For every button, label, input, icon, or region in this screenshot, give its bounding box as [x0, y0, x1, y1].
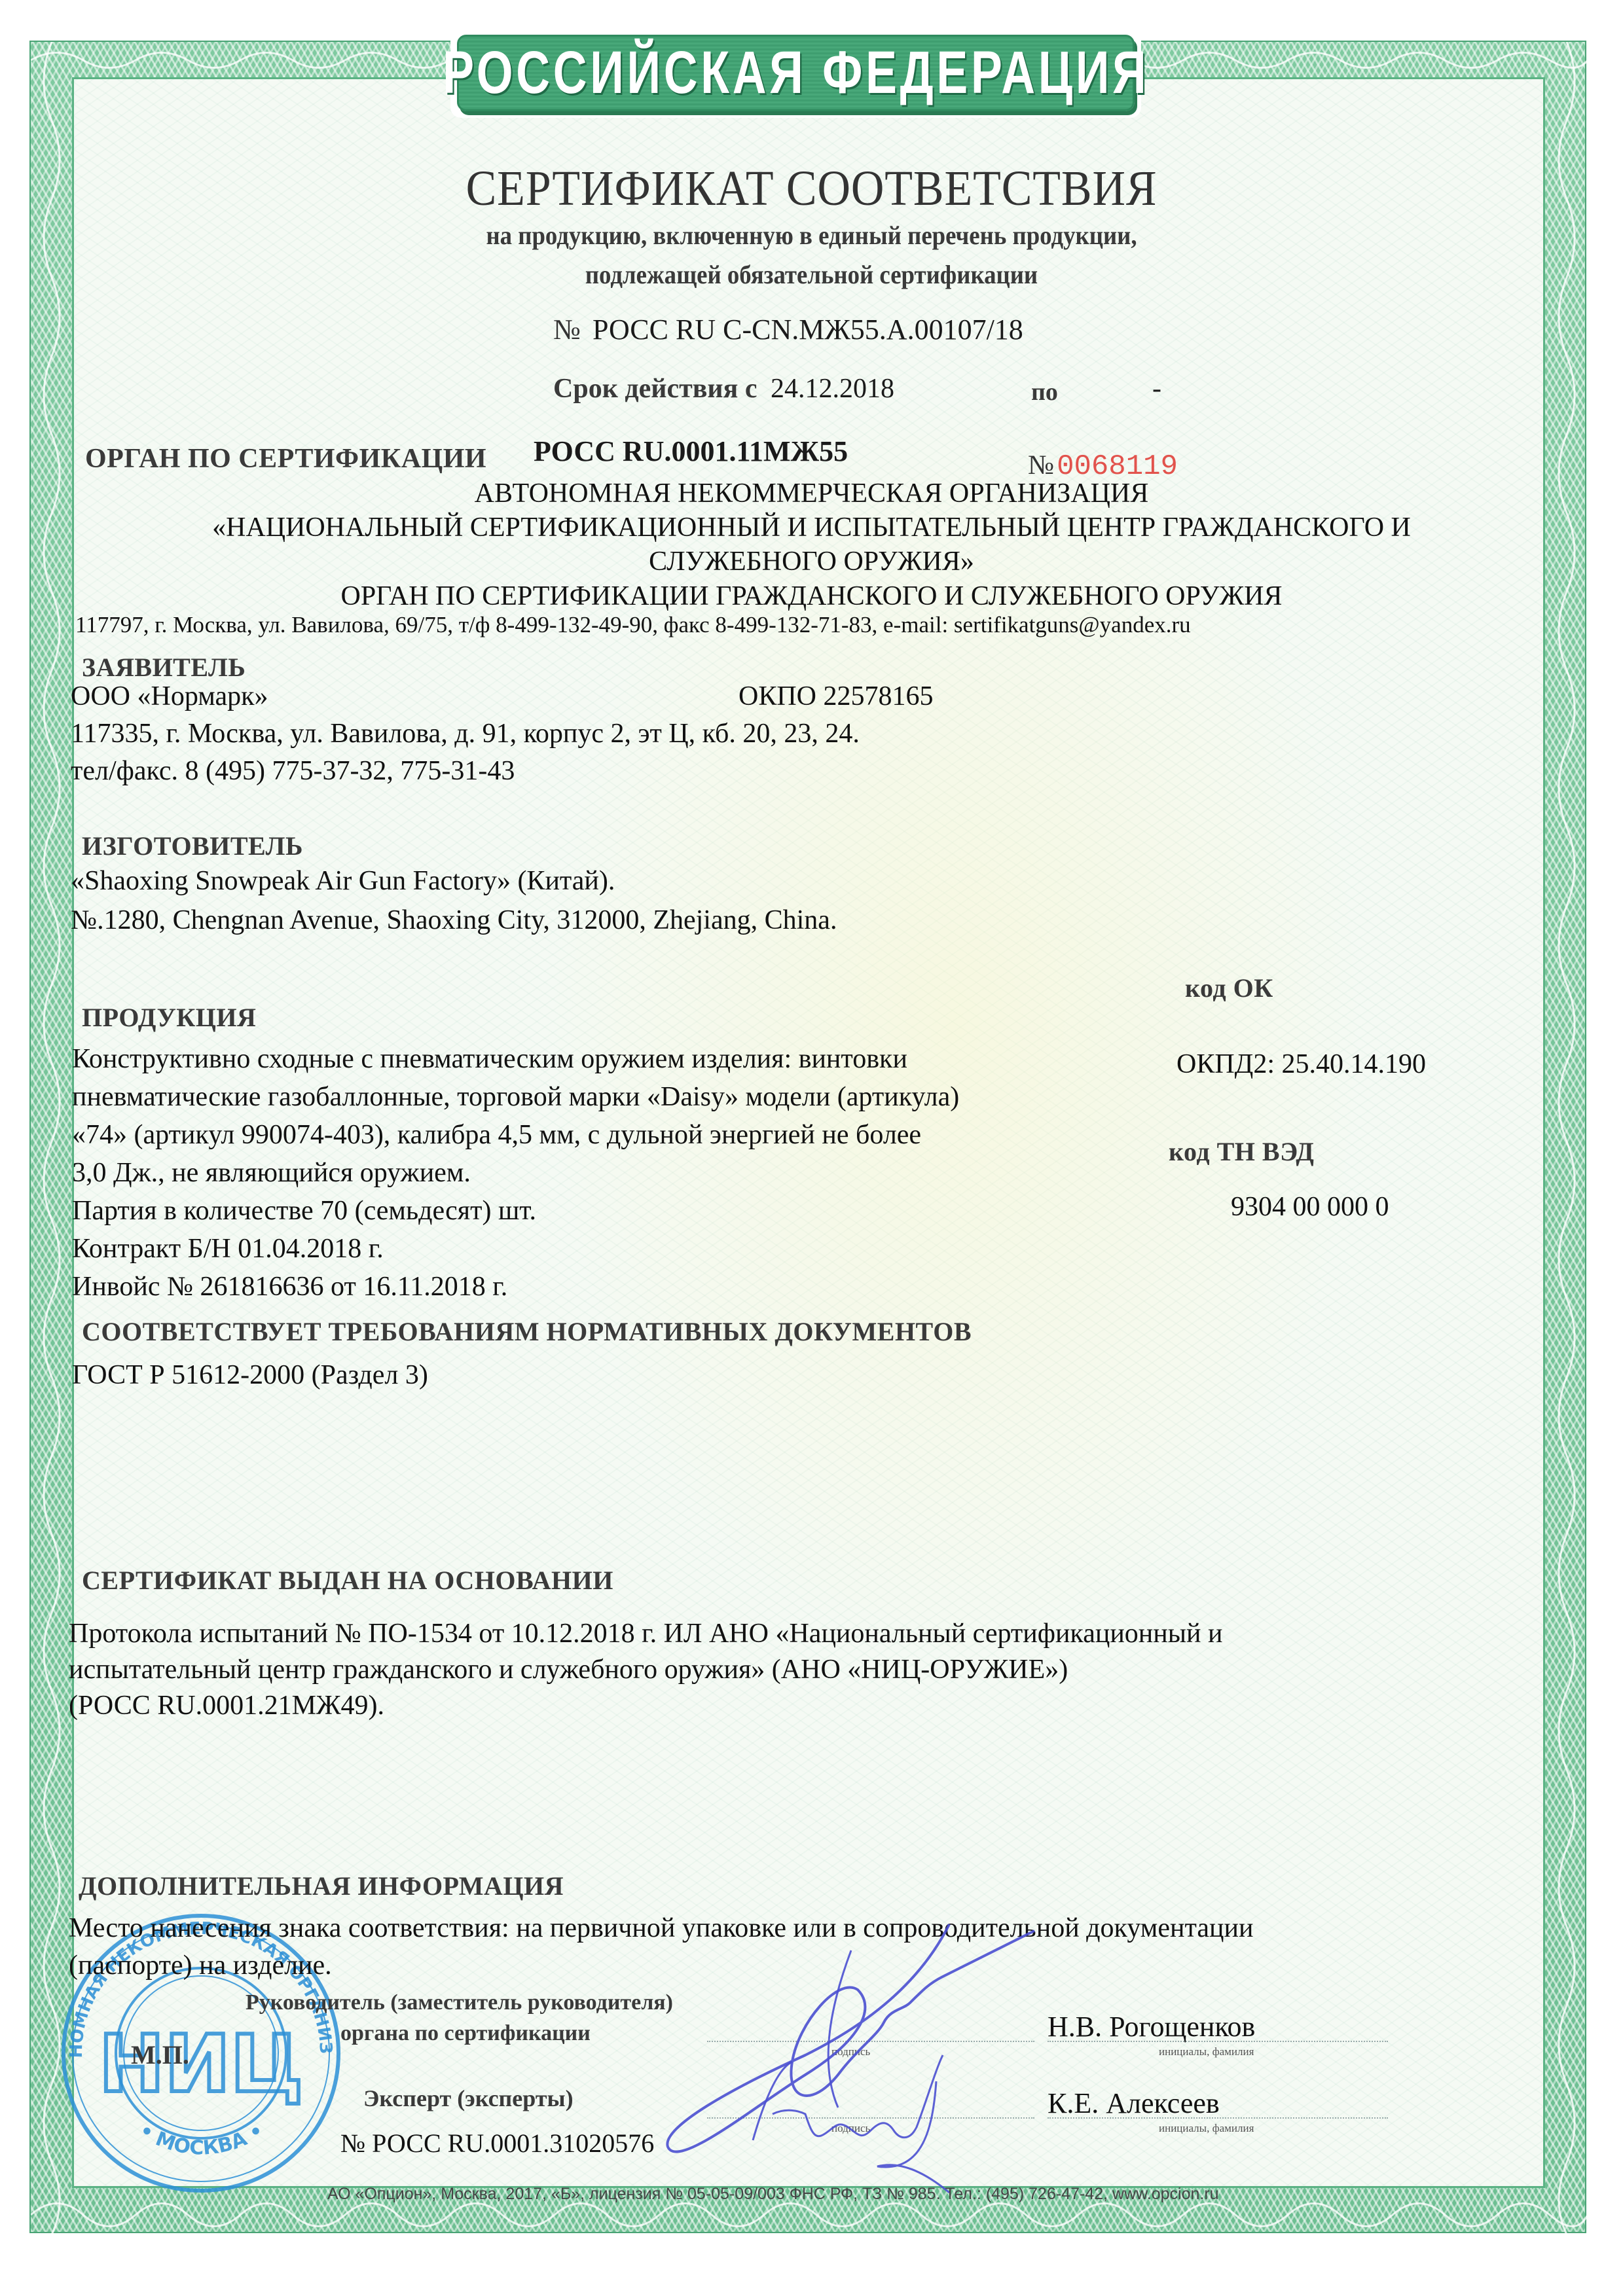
basis-line-1: Протокола испытаний № ПО-1534 от 10.12.2…: [69, 1620, 1222, 1647]
product-invoice: Инвойс № 261816636 от 16.11.2018 г.: [72, 1273, 507, 1300]
basis-line-3: (РОСС RU.0001.21МЖ49).: [69, 1692, 384, 1719]
product-line-3: «74» (артикул 990074-403), калибра 4,5 м…: [72, 1121, 921, 1149]
validity-label: Срок действия с: [553, 374, 757, 404]
org-line-4: ОРГАН ПО СЕРТИФИКАЦИИ ГРАЖДАНСКОГО И СЛУ…: [0, 583, 1623, 610]
product-batch: Партия в количестве 70 (семьдесят) шт.: [72, 1197, 536, 1225]
blank-number: № 0068119: [1028, 452, 1178, 481]
applicant-address: 117335, г. Москва, ул. Вавилова, д. 91, …: [71, 720, 860, 747]
product-line-4: 3,0 Дж., не являющийся оружием.: [72, 1159, 471, 1187]
applicant-label: ЗАЯВИТЕЛЬ: [82, 655, 246, 681]
svg-text:НИЦ: НИЦ: [99, 2019, 303, 2110]
conformity-label: СООТВЕТСТВУЕТ ТРЕБОВАНИЯМ НОРМАТИВНЫХ ДО…: [82, 1319, 972, 1345]
valid-to: -: [1152, 375, 1161, 403]
manufacturer-address: №.1280, Chengnan Avenue, Shaoxing City, …: [71, 906, 837, 934]
document-subtitle-2: подлежащей обязательной сертификации: [65, 262, 1558, 288]
validity-to-label: по: [1031, 380, 1058, 404]
valid-from: 24.12.2018: [771, 374, 894, 404]
org-line-3: СЛУЖЕБНОГО ОРУЖИЯ»: [0, 548, 1623, 575]
validity-line: Срок действия с 24.12.2018: [553, 375, 894, 403]
expert-registration: № РОСС RU.0001.31020576: [340, 2130, 654, 2157]
head-name-caption: инициалы, фамилия: [1159, 2046, 1254, 2057]
number-sign: №: [553, 314, 581, 346]
country-banner: РОССИЙСКАЯ ФЕДЕРАЦИЯ: [450, 29, 1141, 118]
document-title: СЕРТИФИКАТ СООТВЕТСТВИЯ: [65, 164, 1558, 213]
printer-imprint: АО «Опцион», Москва, 2017, «Б», лицензия…: [327, 2186, 1219, 2202]
normative-document: ГОСТ Р 51612-2000 (Раздел 3): [72, 1361, 428, 1389]
certification-body-code: РОСС RU.0001.11МЖ55: [534, 437, 848, 466]
expert-label: Эксперт (эксперты): [363, 2087, 574, 2110]
manufacturer-label: ИЗГОТОВИТЕЛЬ: [82, 833, 303, 859]
certificate-number-value: РОСС RU C-CN.МЖ55.А.00107/18: [593, 314, 1023, 346]
svg-text:• МОСКВА •: • МОСКВА •: [135, 2119, 268, 2159]
applicant-phone: тел/факс. 8 (495) 775-37-32, 775-31-43: [71, 757, 515, 785]
org-line-1: АВТОНОМНАЯ НЕКОММЕРЧЕСКАЯ ОРГАНИЗАЦИЯ: [0, 480, 1623, 507]
applicant-name: ООО «Нормарк»: [71, 683, 268, 710]
ok-code-label: код ОК: [1185, 975, 1273, 1001]
head-label-1: Руководитель (заместитель руководителя): [246, 1992, 673, 2014]
manufacturer-name: «Shaoxing Snowpeak Air Gun Factory» (Кит…: [71, 867, 615, 895]
head-label-2: органа по сертификации: [340, 2022, 591, 2045]
org-address: 117797, г. Москва, ул. Вавилова, 69/75, …: [75, 613, 1191, 636]
applicant-okpo: ОКПО 22578165: [739, 683, 934, 710]
blank-number-sign: №: [1028, 450, 1054, 480]
product-line-2: пневматические газобаллонные, торговой м…: [72, 1083, 959, 1111]
product-contract: Контракт Б/Н 01.04.2018 г.: [72, 1235, 384, 1263]
okpd2-code: ОКПД2: 25.40.14.190: [1176, 1050, 1426, 1078]
product-line-1: Конструктивно сходные с пневматическим о…: [72, 1045, 907, 1073]
product-label: ПРОДУКЦИЯ: [82, 1005, 256, 1031]
expert-signature-icon: [740, 2042, 976, 2199]
org-line-2: «НАЦИОНАЛЬНЫЙ СЕРТИФИКАЦИОННЫЙ И ИСПЫТАТ…: [0, 514, 1623, 541]
document-subtitle-1: на продукцию, включенную в единый перече…: [65, 223, 1558, 249]
certificate-number: №РОСС RU C-CN.МЖ55.А.00107/18: [553, 315, 1023, 344]
additional-info-line-2: (паспорте) на изделие.: [69, 1952, 332, 1979]
basis-label: СЕРТИФИКАТ ВЫДАН НА ОСНОВАНИИ: [82, 1568, 613, 1594]
certification-body-label: ОРГАН ПО СЕРТИФИКАЦИИ: [85, 445, 486, 473]
additional-info-label: ДОПОЛНИТЕЛЬНАЯ ИНФОРМАЦИЯ: [79, 1873, 564, 1899]
tnved-code: 9304 00 000 0: [1231, 1193, 1389, 1221]
seal-placeholder: М.П.: [131, 2042, 189, 2068]
expert-name-caption: инициалы, фамилия: [1159, 2123, 1254, 2134]
basis-line-2: испытательный центр гражданского и служе…: [69, 1656, 1068, 1683]
tnved-label: код ТН ВЭД: [1169, 1139, 1314, 1165]
banner-plate: РОССИЙСКАЯ ФЕДЕРАЦИЯ: [457, 35, 1135, 111]
banner-title: РОССИЙСКАЯ ФЕДЕРАЦИЯ: [443, 39, 1149, 107]
